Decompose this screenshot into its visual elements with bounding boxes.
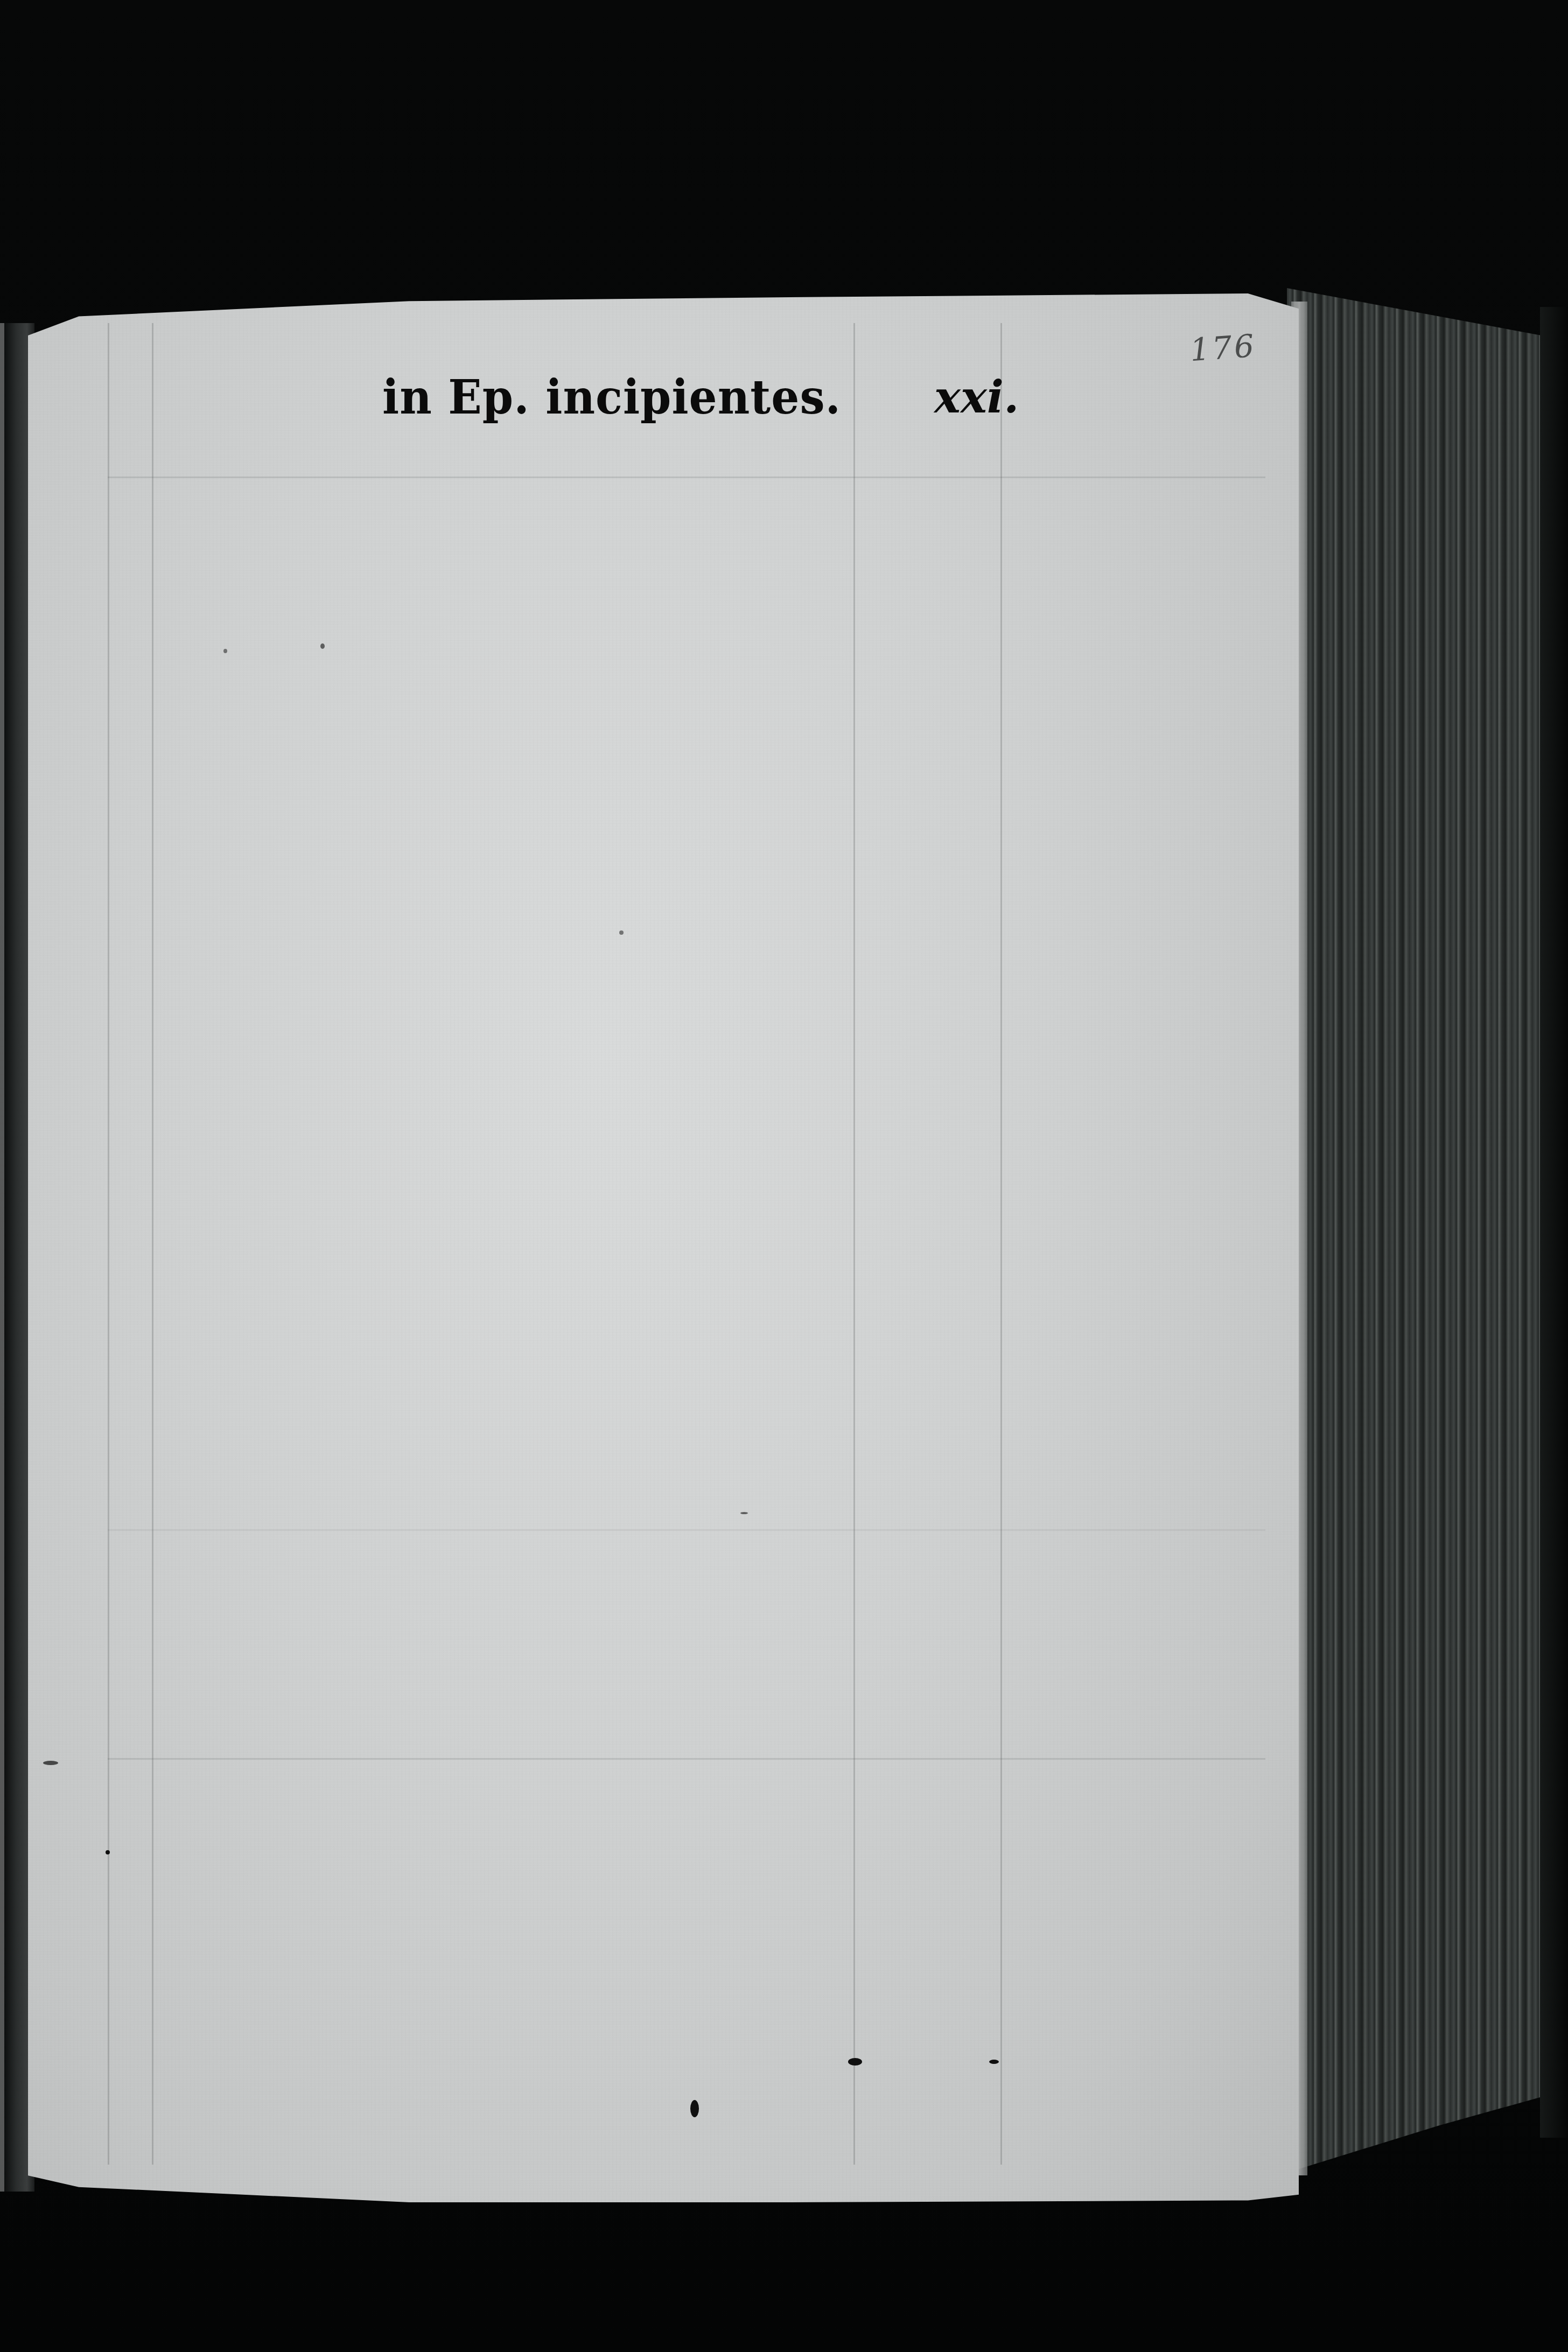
ruling-line-left-inner — [152, 323, 153, 2165]
chapter-numeral: xxi. — [934, 372, 1019, 423]
fore-edge-shadow — [1540, 307, 1568, 2138]
folio-number: 176 — [1189, 327, 1257, 368]
ruling-line-left-outer — [108, 323, 109, 2165]
ink-speck — [690, 2100, 699, 2117]
manuscript-page — [28, 293, 1299, 2202]
text-block-fore-edge — [1287, 288, 1540, 2173]
ruling-line-bottom — [108, 1758, 1265, 1760]
ink-speck — [223, 649, 227, 653]
ruling-line-column — [853, 323, 855, 2165]
ruling-line-top — [108, 477, 1265, 478]
ink-speck — [989, 2060, 999, 2064]
ink-speck — [619, 930, 624, 935]
running-header: in Ep. incipientes. — [382, 369, 841, 425]
ink-speck — [43, 1761, 58, 1765]
ink-speck — [740, 1512, 748, 1514]
ink-speck — [848, 2058, 862, 2066]
ink-speck — [106, 1850, 110, 1854]
ink-speck — [320, 643, 325, 649]
paper-texture — [28, 293, 1299, 2202]
ruling-line-faint — [108, 1529, 1265, 1531]
ruling-line-right — [1000, 323, 1002, 2165]
